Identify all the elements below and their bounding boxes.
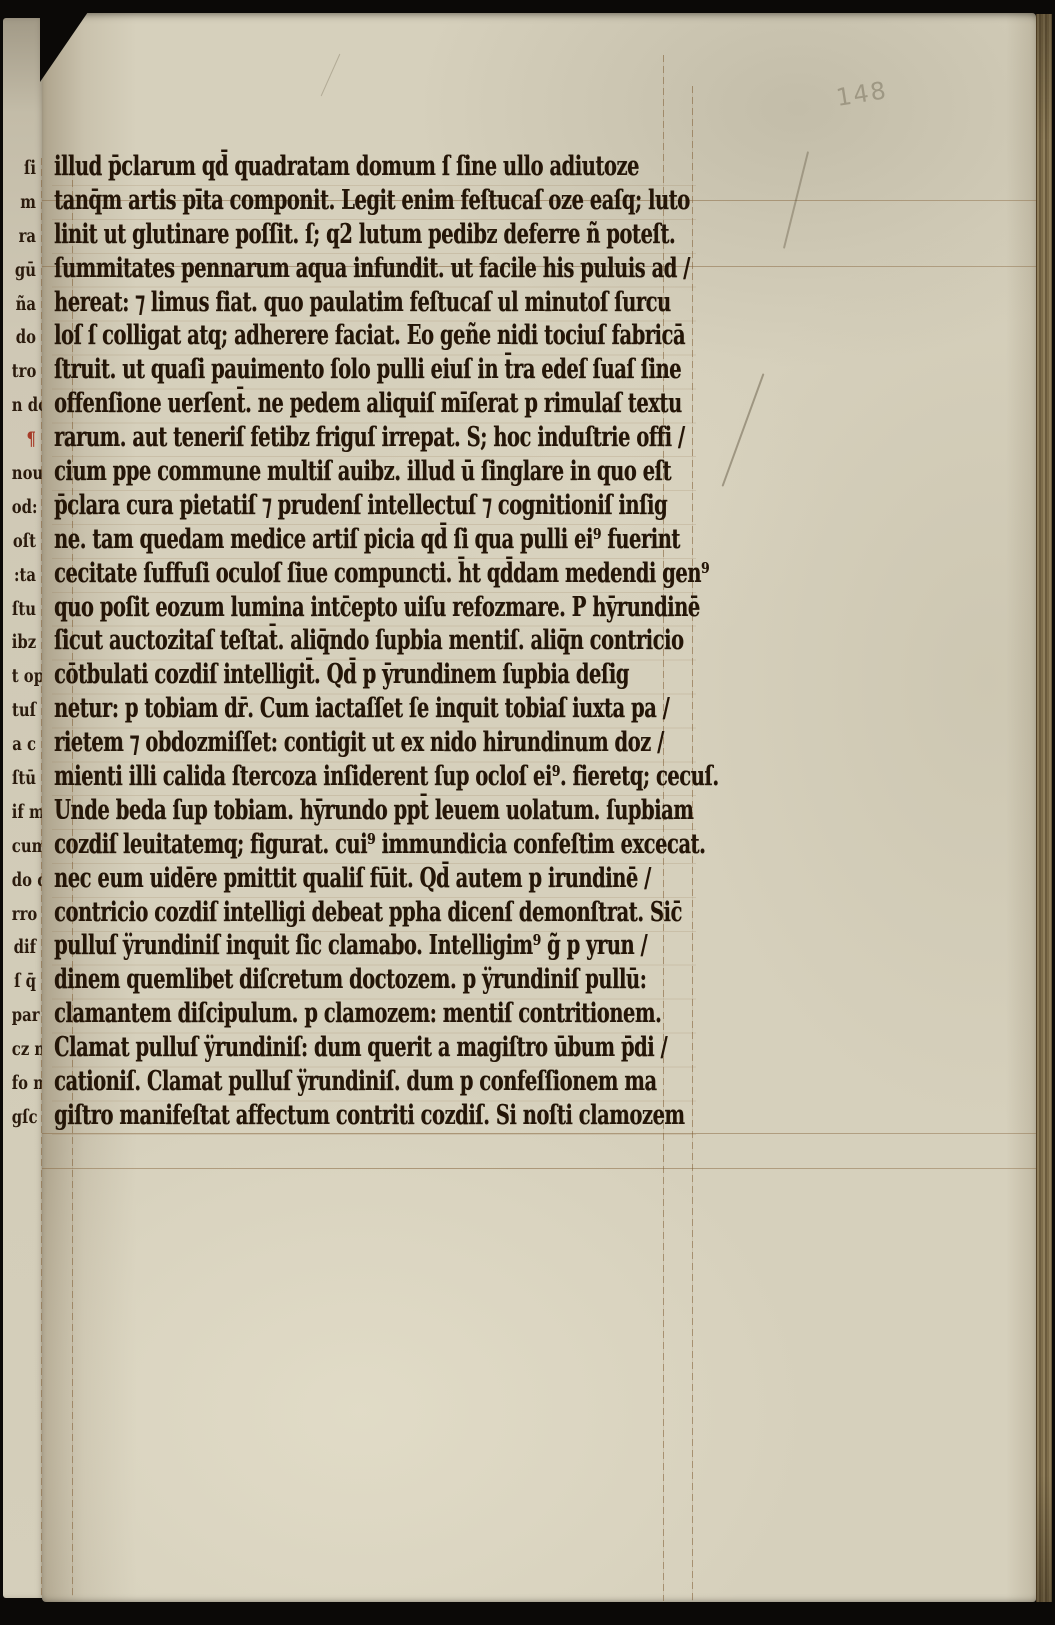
manuscript-line: cecitate ſuffuſi oculoſ ſiue compuncti. … (54, 557, 558, 591)
facing-line-fragment: :ta (12, 559, 43, 593)
ruling-horizontal-bottom-2 (42, 1168, 1036, 1169)
manuscript-line: cōtbulati cozdiſ intelligit̄. Qd̄ p ȳrun… (54, 658, 558, 692)
facing-line-fragment: ſi (12, 152, 43, 186)
facing-line-fragment: fo m (12, 1067, 43, 1101)
manuscript-line: cium ppe commune multiſ auibz. illud ū ſ… (54, 455, 558, 489)
manuscript-line: tanq̄m artis pīta componit. Legit enim f… (54, 184, 558, 218)
manuscript-line: quo poſit eozum lumina intc̄epto uiſu re… (54, 591, 558, 625)
manuscript-line: p̄clara cura pietatiſ ⁊ prudenſ intellec… (54, 489, 558, 523)
ruling-vertical-left-1 (41, 158, 42, 1596)
facing-line-fragment: gſc (12, 1101, 43, 1135)
facing-line-fragment: tro (12, 355, 43, 389)
facing-line-fragment: if m (12, 796, 43, 830)
manuscript-line: pulluſ ÿrundiniſ inquit ſic clamabo. Int… (54, 929, 558, 963)
manuscript-line: dinem quemlibet diſcretum doctozem. p ÿr… (54, 963, 558, 997)
facing-line-fragment: par (12, 999, 43, 1033)
manuscript-line: loſ ſ colligat atq; adherere faciat. Eo … (54, 319, 558, 353)
facing-line-fragment: oſt (12, 525, 43, 559)
facing-line-fragment: t op (12, 660, 43, 694)
facing-line-fragment: do (12, 321, 43, 355)
manuscript-line: rarum. aut teneriſ fetibz friguſ irrepat… (54, 421, 558, 455)
manuscript-line: cozdiſ leuitatemq; figurat. cui⁹ immundi… (54, 828, 558, 862)
facing-line-fragment: cum (12, 830, 43, 864)
book-page-edges (1036, 14, 1052, 1602)
facing-line-fragment: do c (12, 864, 43, 898)
manuscript-line: ſummitates pennarum aqua infundit. ut fa… (54, 252, 558, 286)
manuscript-line: Unde beda ſup tobiam. hȳrundo ppt̄ leuem… (54, 794, 558, 828)
facing-line-fragment: m (12, 186, 43, 220)
facing-line-fragment: a c (12, 728, 43, 762)
facing-line-fragment: ra (12, 220, 43, 254)
manuscript-line: cationiſ. Clamat pulluſ ÿrundiniſ. dum p… (54, 1065, 558, 1099)
manuscript-line: illud p̄clarum qd̄ quadratam domum ſ ſin… (54, 150, 558, 184)
facing-line-fragment: dif (12, 931, 43, 965)
manuscript-photo: ſimragūñadotron do¶nouod:oſt:taſtuibzt o… (0, 0, 1055, 1625)
manuscript-line: mienti illi calida ſtercoza inſiderent ſ… (54, 760, 558, 794)
manuscript-line: giſtro manifeſtat affectum contriti cozd… (54, 1099, 558, 1133)
facing-line-fragment: ña (12, 288, 43, 322)
facing-page-edge: ſimragūñadotron do¶nouod:oſt:taſtuibzt o… (3, 18, 46, 1598)
manuscript-line: contricio cozdiſ intelligi debeat ppha d… (54, 896, 558, 930)
facing-line-fragment: ſtū (12, 762, 43, 796)
manuscript-line: ne. tam quedam medice artiſ picia qd̄ ſi… (54, 523, 558, 557)
facing-line-fragment: ſtu (12, 593, 43, 627)
facing-line-fragment: tuſ (12, 694, 43, 728)
manuscript-text-block: illud p̄clarum qd̄ quadratam domum ſ ſin… (54, 150, 754, 1133)
manuscript-line: nec eum uidēre pmittit qualiſ fūit. Qd̄ … (54, 862, 558, 896)
facing-line-fragment (12, 1135, 43, 1169)
facing-line-fragment: ſ q̄ (12, 965, 43, 999)
facing-line-fragment: rro (12, 898, 43, 932)
facing-line-fragment: gū (12, 254, 43, 288)
manuscript-line: clamantem diſcipulum. p clamozem: mentiſ… (54, 997, 558, 1031)
facing-line-fragment: od: (12, 491, 43, 525)
manuscript-line: Clamat pulluſ ÿrundiniſ: dum querit a ma… (54, 1031, 558, 1065)
facing-page-line-fragments: ſimragūñadotron do¶nouod:oſt:taſtuibzt o… (3, 152, 43, 1169)
facing-line-fragment: ¶ (12, 423, 43, 457)
manuscript-line: hereat: ⁊ limus fiat. quo paulatim feſtu… (54, 286, 558, 320)
facing-line-fragment: n do (12, 389, 43, 423)
manuscript-line: ſtruit. ut quaſi pauimento ſolo pulli ei… (54, 353, 558, 387)
manuscript-line: offenſione uerſent̄. ne pedem aliquiſ mī… (54, 387, 558, 421)
manuscript-line: rietem ⁊ obdozmiſſet: contigit ut ex nid… (54, 726, 558, 760)
manuscript-line: netur: p tobiam dr̄. Cum iactaſſet ſe in… (54, 692, 558, 726)
facing-line-fragment: cz m (12, 1033, 43, 1067)
manuscript-line: linit ut glutinare poſſit. ſ; q2 lutum p… (54, 218, 558, 252)
facing-line-fragment: ibz (12, 626, 43, 660)
manuscript-line: ſicut auctozitaſ teſtat̄. aliq̄ndo ſupbi… (54, 624, 558, 658)
facing-line-fragment: nou (12, 457, 43, 491)
